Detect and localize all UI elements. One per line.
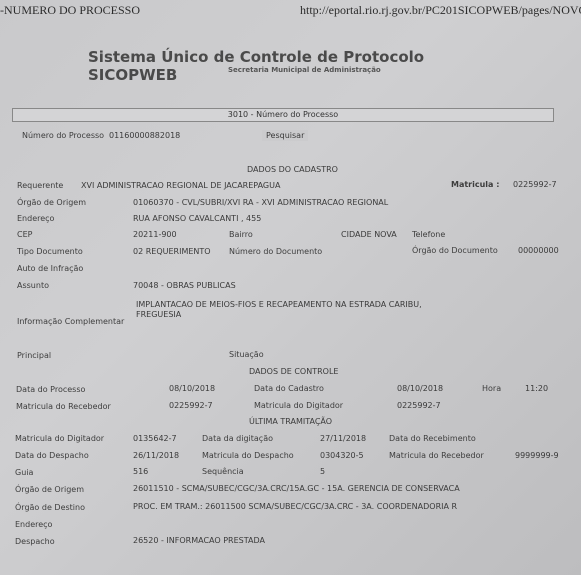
- screen-title-bar: 3010 - Número do Processo: [12, 108, 554, 122]
- requerente-value: XVI ADMINISTRACAO REGIONAL DE JACAREPAGU…: [81, 181, 280, 190]
- info-complementar-line2: FREGUESIA: [136, 310, 181, 319]
- bairro-label: Bairro: [229, 230, 253, 239]
- guia-label: Guia: [15, 468, 33, 477]
- endereco-label: Endereço: [17, 214, 54, 223]
- process-number-label: Número do Processo: [22, 131, 104, 140]
- section-cadastro-heading: DADOS DO CADASTRO: [247, 165, 338, 174]
- orgao-documento-value: 00000000: [518, 246, 559, 255]
- sequencia-value: 5: [320, 467, 325, 476]
- orgao-destino-label: Órgão de Destino: [15, 503, 85, 512]
- data-digitacao-label: Data da digitação: [202, 434, 273, 443]
- hora-label: Hora: [482, 384, 501, 393]
- despacho-value: 26520 - INFORMACAO PRESTADA: [133, 536, 265, 545]
- info-complementar-label: Informação Complementar: [17, 317, 124, 326]
- orgao-destino-value: PROC. EM TRAM.: 26011500 SCMA/SUBEC/CGC/…: [133, 502, 457, 511]
- data-processo-label: Data do Processo: [16, 385, 85, 394]
- matricula-digitador-value: 0225992-7: [397, 401, 441, 410]
- info-complementar-line1: IMPLANTACAO DE MEIOS-FIOS E RECAPEAMENTO…: [136, 300, 422, 309]
- matricula-recebedor-value: 0225992-7: [169, 401, 213, 410]
- data-despacho-value: 26/11/2018: [133, 451, 179, 460]
- matricula-label: Matricula :: [451, 180, 499, 189]
- situacao-label: Situação: [229, 350, 264, 359]
- print-header-url: http://eportal.rio.rj.gov.br/PC201SICOPW…: [300, 3, 581, 18]
- data-despacho-label: Data do Despacho: [15, 451, 89, 460]
- requerente-label: Requerente: [17, 181, 63, 190]
- tram-orgao-origem-value: 26011510 - SCMA/SUBEC/CGC/3A.CRC/15A.GC …: [133, 484, 460, 493]
- matricula-despacho-label: Matricula do Despacho: [202, 451, 294, 460]
- assunto-label: Assunto: [17, 281, 49, 290]
- department-name: Secretaria Municipal de Administração: [228, 66, 381, 74]
- numero-documento-label: Número do Documento: [229, 247, 322, 256]
- data-recebimento-label: Data do Recebimento: [389, 434, 476, 443]
- app-subtitle: SICOPWEB: [88, 66, 177, 84]
- data-cadastro-label: Data do Cadastro: [254, 384, 324, 393]
- tram-matricula-recebedor-value: 9999999-9: [515, 451, 559, 460]
- tram-orgao-origem-label: Órgão de Origem: [15, 485, 84, 494]
- hora-value: 11:20: [525, 384, 548, 393]
- sequencia-label: Sequência: [202, 467, 244, 476]
- matricula-digitador-label: Matricula do Digitador: [254, 401, 343, 410]
- auto-infracao-label: Auto de Infração: [17, 264, 83, 273]
- guia-value: 516: [133, 467, 148, 476]
- tipo-documento-label: Tipo Documento: [17, 247, 83, 256]
- despacho-label: Despacho: [15, 537, 55, 546]
- app-title: Sistema Único de Controle de Protocolo: [88, 48, 424, 66]
- data-digitacao-value: 27/11/2018: [320, 434, 366, 443]
- assunto-value: 70048 - OBRAS PUBLICAS: [133, 281, 236, 290]
- data-cadastro-value: 08/10/2018: [397, 384, 443, 393]
- cep-label: CEP: [17, 230, 32, 239]
- orgao-origem-value: 01060370 - CVL/SUBRI/XVI RA - XVI ADMINI…: [133, 198, 388, 207]
- tram-endereco-label: Endereço: [15, 520, 52, 529]
- matricula-despacho-value: 0304320-5: [320, 451, 364, 460]
- endereco-value: RUA AFONSO CAVALCANTI , 455: [133, 214, 261, 223]
- section-controle-heading: DADOS DE CONTROLE: [249, 367, 338, 376]
- tram-matricula-digitador-label: Matricula do Digitador: [15, 434, 104, 443]
- tipo-documento-value: 02 REQUERIMENTO: [133, 247, 211, 256]
- bairro-value: CIDADE NOVA: [341, 230, 397, 239]
- data-processo-value: 08/10/2018: [169, 384, 215, 393]
- telefone-label: Telefone: [412, 230, 445, 239]
- print-header-title: -NUMERO DO PROCESSO: [0, 3, 140, 18]
- matricula-recebedor-label: Matricula do Recebedor: [16, 402, 111, 411]
- search-button[interactable]: Pesquisar: [262, 130, 308, 141]
- section-tramitacao-heading: ÚLTIMA TRAMITAÇÃO: [249, 417, 332, 426]
- orgao-documento-label: Órgão do Documento: [412, 246, 498, 255]
- matricula-value: 0225992-7: [513, 180, 557, 189]
- cep-value: 20211-900: [133, 230, 177, 239]
- tram-matricula-digitador-value: 0135642-7: [133, 434, 177, 443]
- orgao-origem-label: Órgão de Origem: [17, 198, 86, 207]
- principal-label: Principal: [17, 351, 51, 360]
- process-number-input[interactable]: 01160000882018: [109, 131, 180, 140]
- tram-matricula-recebedor-label: Matricula do Recebedor: [389, 451, 484, 460]
